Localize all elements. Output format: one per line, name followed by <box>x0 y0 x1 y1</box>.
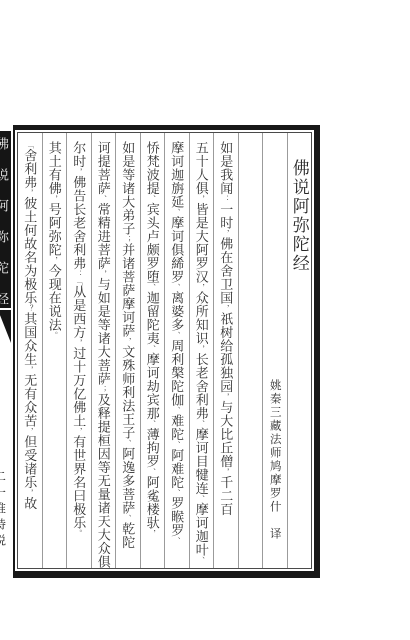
column-translator: 姚秦三藏法师鸠摩罗什 译 <box>263 133 288 568</box>
column-body-4: 㤭梵波提、宾头卢颇罗堕、迦留陀夷、摩诃劫宾那、薄拘罗、阿㝹楼驮， <box>141 133 166 568</box>
column-body-1: 如是我闻：一时，佛在舍卫国，祇树给孤独园，与大比丘僧，千二百 <box>214 133 239 568</box>
spine-title-tab: 佛说阿弥陀经 <box>0 131 11 308</box>
column-title: 佛说阿弥陀经 <box>288 133 312 568</box>
translator-attribution: 姚秦三藏法师鸠摩罗什 译 <box>267 379 283 541</box>
fish-tail-gutter-icon <box>0 310 11 343</box>
body-text-line: 摩诃迦旃延、摩诃俱絺罗、离婆多、周利槃陀伽、难陀、阿难陀、罗睺罗、 <box>167 141 186 545</box>
spine-fragment-text: 二一难持说 <box>0 470 7 570</box>
body-text-line: 㤭梵波提、宾头卢颇罗堕、迦留陀夷、摩诃劫宾那、薄拘罗、阿㝹楼驮， <box>143 141 162 537</box>
page-inner-border: 佛说阿弥陀经 姚秦三藏法师鸠摩罗什 译 如是我闻：一时，佛在舍卫国，祇树给孤独园… <box>17 132 312 569</box>
column-body-8: 其土有佛，号阿弥陀，今现在说法。 <box>43 133 68 568</box>
sutra-title: 佛说阿弥陀经 <box>288 159 312 273</box>
column-body-5: 如是等诸大弟子；并诸菩萨摩诃萨，文殊师利法王子、阿逸多菩萨、乾陀 <box>116 133 141 568</box>
column-body-3: 摩诃迦旃延、摩诃俱絺罗、离婆多、周利槃陀伽、难陀、阿难陀、罗睺罗、 <box>165 133 190 568</box>
body-text-line: 如是我闻：一时，佛在舍卫国，祇树给孤独园，与大比丘僧，千二百 <box>216 141 235 516</box>
body-text-line: 诃提菩萨、常精进菩萨，与如是等诸大菩萨；及释提桓因等无量诸天大众俱。 <box>94 141 113 568</box>
text-columns: 佛说阿弥陀经 姚秦三藏法师鸠摩罗什 译 如是我闻：一时，佛在舍卫国，祇树给孤独园… <box>18 133 311 568</box>
column-body-2: 五十人俱，皆是大阿罗汉，众所知识，长老舍利弗、摩诃目犍连、摩诃迦叶、 <box>190 133 215 568</box>
body-text-line: 「舍利弗，彼土何故名为极乐？其国众生，无有众苦，但受诸乐，故 <box>20 141 39 510</box>
spine-tab-label: 佛说阿弥陀经 <box>0 137 11 323</box>
reader-canvas: { "page": { "columns": [ {"role": "title… <box>0 0 410 640</box>
column-body-7: 尔时，佛告长老舍利弗：「从是西方，过十万亿佛土，有世界名曰极乐。 <box>67 133 92 568</box>
column-body-6: 诃提菩萨、常精进菩萨，与如是等诸大菩萨；及释提桓因等无量诸天大众俱。 <box>92 133 117 568</box>
sutra-page: 佛说阿弥陀经 姚秦三藏法师鸠摩罗什 译 如是我闻：一时，佛在舍卫国，祇树给孤独园… <box>13 125 320 578</box>
body-text-line: 五十人俱，皆是大阿罗汉，众所知识，长老舍利弗、摩诃目犍连、摩诃迦叶、 <box>192 141 211 564</box>
body-text-line: 其土有佛，号阿弥陀，今现在说法。 <box>45 141 64 339</box>
column-body-9: 「舍利弗，彼土何故名为极乐？其国众生，无有众苦，但受诸乐，故 <box>18 133 43 568</box>
body-text-line: 如是等诸大弟子；并诸菩萨摩诃萨，文殊师利法王子、阿逸多菩萨、乾陀 <box>118 141 137 549</box>
body-text-line: 尔时，佛告长老舍利弗：「从是西方，过十万亿佛土，有世界名曰极乐。 <box>69 141 88 537</box>
column-spacer <box>239 133 264 568</box>
